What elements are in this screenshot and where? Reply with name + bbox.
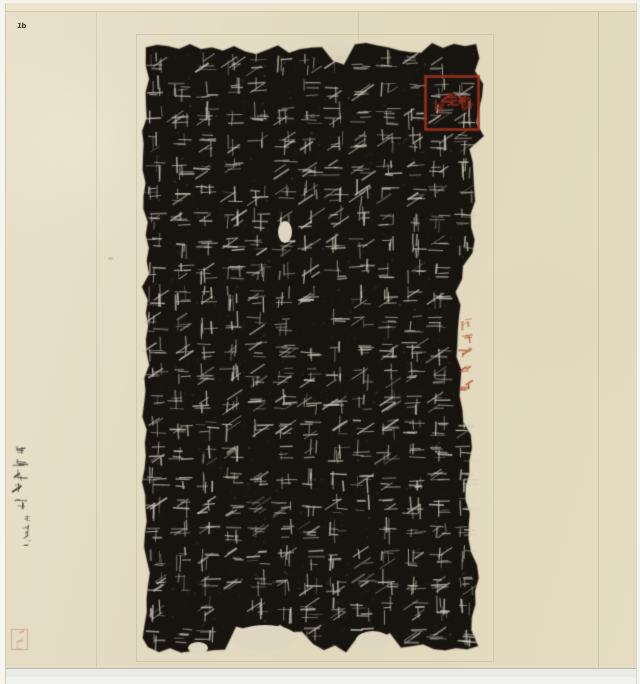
paper-crease-vertical-left xyxy=(96,12,97,667)
scan-edge-left xyxy=(0,0,6,684)
scanned-rubbing-page: 1b xyxy=(0,0,640,684)
paper-crease-horizontal-top xyxy=(4,11,637,12)
collector-seal-red-icon xyxy=(421,72,483,134)
scan-edge-top xyxy=(0,0,640,3)
paper-stain-speck xyxy=(108,257,113,260)
margin-annotation-ink xyxy=(7,438,37,546)
page-number-mark: 1b xyxy=(17,22,27,30)
edge-seal-red-icon xyxy=(455,312,477,400)
scan-edge-right xyxy=(636,0,640,684)
paper-top-fold-strip xyxy=(4,3,637,11)
faint-corner-seal-icon xyxy=(9,626,31,654)
scan-backing-strip-light xyxy=(0,677,640,684)
paper-crease-vertical-right xyxy=(598,12,599,667)
